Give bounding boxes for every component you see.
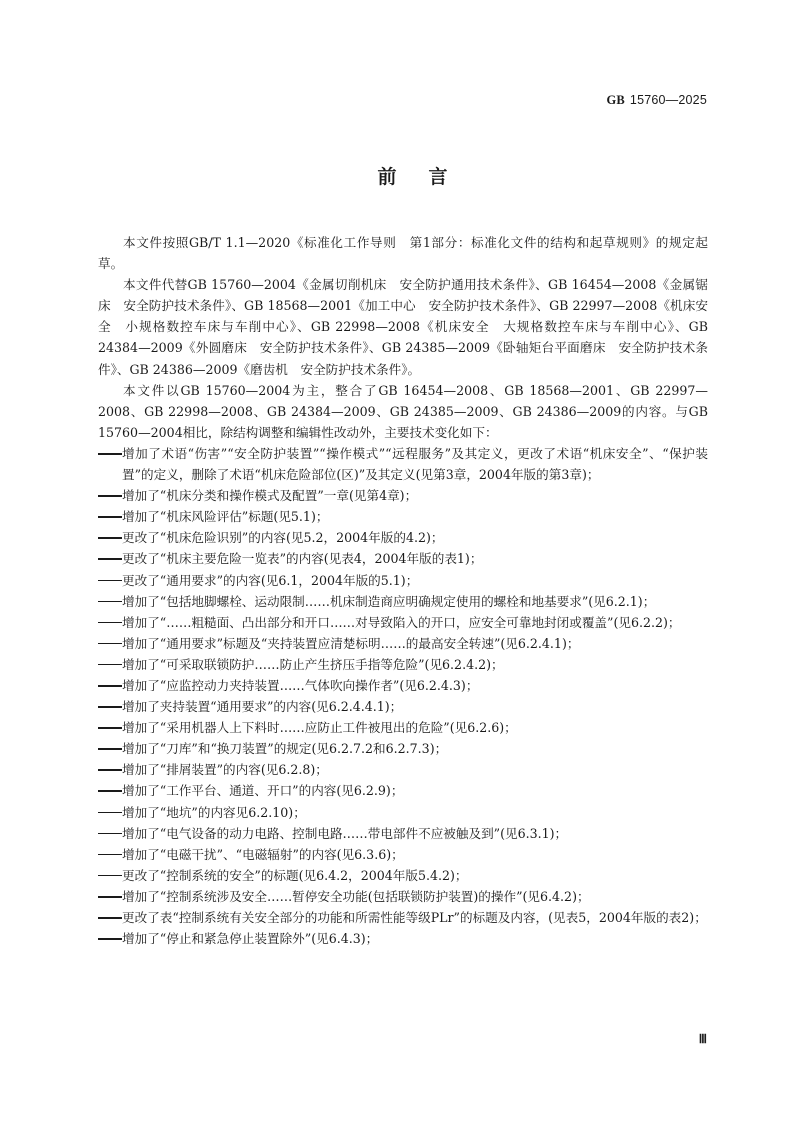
dash-bullet: [98, 896, 122, 898]
list-item: 更改了“控制系统的安全”的标题(见6.4.2，2004年版5.4.2)；: [98, 865, 708, 886]
list-item-text: 更改了“控制系统的安全”的标题(见6.4.2，2004年版5.4.2)；: [122, 868, 468, 883]
list-item-text: 增加了“电磁干扰”、“电磁辐射”的内容(见6.3.6)；: [122, 847, 404, 862]
list-item: 增加了“机床分类和操作模式及配置”一章(见第4章)；: [98, 485, 708, 506]
dash-bullet: [98, 875, 122, 877]
list-item-text: 增加了“通用要求”标题及“夹持装置应清楚标明……的最高安全转速”(见6.2.4.…: [122, 636, 579, 651]
standard-prefix: GB: [606, 93, 624, 107]
list-item-text: 增加了“停止和紧急停止装置除外”(见6.4.3)；: [122, 931, 378, 946]
list-item-text: 增加了“机床分类和操作模式及配置”一章(见第4章)；: [122, 488, 417, 503]
paragraph-replaced-standards: 本文件代替GB 15760—2004《金属切削机床 安全防护通用技术条件》、GB…: [98, 274, 708, 379]
dash-bullet: [98, 685, 122, 687]
list-item: 增加了“电磁干扰”、“电磁辐射”的内容(见6.3.6)；: [98, 844, 708, 865]
dash-bullet: [98, 516, 122, 518]
list-item: 增加了“采用机器人上下料时……应防止工件被甩出的危险”(见6.2.6)；: [98, 717, 708, 738]
list-item-text: 增加了“包括地脚螺栓、运动限制……机床制造商应明确规定使用的螺栓和地基要求”(见…: [122, 594, 655, 609]
list-item: 增加了“机床风险评估”标题(见5.1)；: [98, 506, 708, 527]
dash-bullet: [98, 854, 122, 856]
list-item: 增加了“地坑”的内容见6.2.10)；: [98, 802, 708, 823]
list-item: 增加了“停止和紧急停止装置除外”(见6.4.3)；: [98, 928, 708, 949]
dash-bullet: [98, 580, 122, 582]
list-item: 更改了表“控制系统有关安全部分的功能和所需性能等级PLr”的标题及内容，(见表5…: [98, 907, 708, 928]
dash-bullet: [98, 706, 122, 708]
dash-bullet: [98, 495, 122, 497]
list-item-text: 增加了“采用机器人上下料时……应防止工件被甩出的危险”(见6.2.6)；: [122, 720, 517, 735]
list-item: 增加了“排屑装置”的内容(见6.2.8)；: [98, 759, 708, 780]
standard-code: 15760—2025: [630, 93, 707, 107]
list-item: 更改了“机床危险识别”的内容(见5.2，2004年版的4.2)；: [98, 527, 708, 548]
technical-changes-list: 增加了术语“伤害”“安全防护装置”“操作模式”“远程服务”及其定义，更改了术语“…: [98, 443, 708, 949]
list-item: 增加了术语“伤害”“安全防护装置”“操作模式”“远程服务”及其定义，更改了术语“…: [98, 443, 708, 485]
list-item: 增加了“控制系统涉及安全……暂停安全功能(包括联锁防护装置)的操作”(见6.4.…: [98, 886, 708, 907]
list-item: 增加了“应监控动力夹持装置……气体吹向操作者”(见6.2.4.3)；: [98, 675, 708, 696]
list-item-text: 增加了“机床风险评估”标题(见5.1)；: [122, 509, 328, 524]
page-title: 前言: [0, 162, 793, 189]
list-item: 增加了“包括地脚螺栓、运动限制……机床制造商应明确规定使用的螺栓和地基要求”(见…: [98, 591, 708, 612]
list-item-text: 增加了“地坑”的内容见6.2.10)；: [122, 805, 306, 820]
dash-bullet: [98, 453, 122, 455]
list-item: 更改了“机床主要危险一览表”的内容(见表4，2004年版的表1)；: [98, 548, 708, 569]
dash-bullet: [98, 790, 122, 792]
list-item-text: 增加了“工作平台、通道、开口”的内容(见6.2.9)；: [122, 783, 403, 798]
paragraph-drafting-rules: 本文件按照GB/T 1.1—2020《标准化工作导则 第1部分：标准化文件的结构…: [98, 232, 708, 274]
dash-bullet: [98, 558, 122, 560]
list-item: 增加了“刀库”和“换刀装置”的规定(见6.2.7.2和6.2.7.3)；: [98, 738, 708, 759]
dash-bullet: [98, 601, 122, 603]
list-item: 增加了“通用要求”标题及“夹持装置应清楚标明……的最高安全转速”(见6.2.4.…: [98, 633, 708, 654]
paragraph-integration-summary: 本文件以GB 15760—2004为主，整合了GB 16454—2008、GB …: [98, 380, 708, 443]
standard-number: GB15760—2025: [606, 93, 707, 108]
dash-bullet: [98, 917, 122, 919]
dash-bullet: [98, 537, 122, 539]
list-item: 增加了“工作平台、通道、开口”的内容(见6.2.9)；: [98, 780, 708, 801]
list-item-text: 增加了“可采取联锁防护……防止产生挤压手指等危险”(见6.2.4.2)；: [122, 657, 504, 672]
list-item: 增加了“……粗糙面、凸出部分和开口……对导致陷入的开口，应安全可靠地封闭或覆盖”…: [98, 612, 708, 633]
list-item-text: 增加了夹持装置“通用要求”的内容(见6.2.4.4.1)；: [122, 699, 402, 714]
list-item-text: 更改了“机床危险识别”的内容(见5.2，2004年版的4.2)；: [122, 530, 444, 545]
list-item-text: 增加了“电气设备的动力电路、控制电路……带电部件不应被触及到”(见6.3.1)；: [122, 826, 567, 841]
list-item-text: 增加了“应监控动力夹持装置……气体吹向操作者”(见6.2.4.3)；: [122, 678, 478, 693]
list-item-text: 更改了表“控制系统有关安全部分的功能和所需性能等级PLr”的标题及内容，(见表5…: [122, 910, 707, 925]
list-item: 增加了夹持装置“通用要求”的内容(见6.2.4.4.1)；: [98, 696, 708, 717]
dash-bullet: [98, 812, 122, 814]
list-item-text: 增加了“……粗糙面、凸出部分和开口……对导致陷入的开口，应安全可靠地封闭或覆盖”…: [122, 615, 681, 630]
list-item: 更改了“通用要求”的内容(见6.1，2004年版的5.1)；: [98, 570, 708, 591]
list-item: 增加了“电气设备的动力电路、控制电路……带电部件不应被触及到”(见6.3.1)；: [98, 823, 708, 844]
dash-bullet: [98, 769, 122, 771]
dash-bullet: [98, 622, 122, 624]
list-item-text: 增加了“排屑装置”的内容(见6.2.8)；: [122, 762, 328, 777]
dash-bullet: [98, 938, 122, 940]
dash-bullet: [98, 664, 122, 666]
list-item-text: 更改了“通用要求”的内容(见6.1，2004年版的5.1)；: [122, 573, 418, 588]
dash-bullet: [98, 643, 122, 645]
dash-bullet: [98, 727, 122, 729]
dash-bullet: [98, 833, 122, 835]
list-item: 增加了“可采取联锁防护……防止产生挤压手指等危险”(见6.2.4.2)；: [98, 654, 708, 675]
list-item-text: 更改了“机床主要危险一览表”的内容(见表4，2004年版的表1)；: [122, 551, 482, 566]
page-number: Ⅲ: [699, 1032, 707, 1047]
list-item-text: 增加了术语“伤害”“安全防护装置”“操作模式”“远程服务”及其定义，更改了术语“…: [122, 446, 708, 482]
document-body: 本文件按照GB/T 1.1—2020《标准化工作导则 第1部分：标准化文件的结构…: [98, 232, 708, 949]
list-item-text: 增加了“刀库”和“换刀装置”的规定(见6.2.7.2和6.2.7.3)；: [122, 741, 447, 756]
list-item-text: 增加了“控制系统涉及安全……暂停安全功能(包括联锁防护装置)的操作”(见6.4.…: [122, 889, 590, 904]
dash-bullet: [98, 748, 122, 750]
